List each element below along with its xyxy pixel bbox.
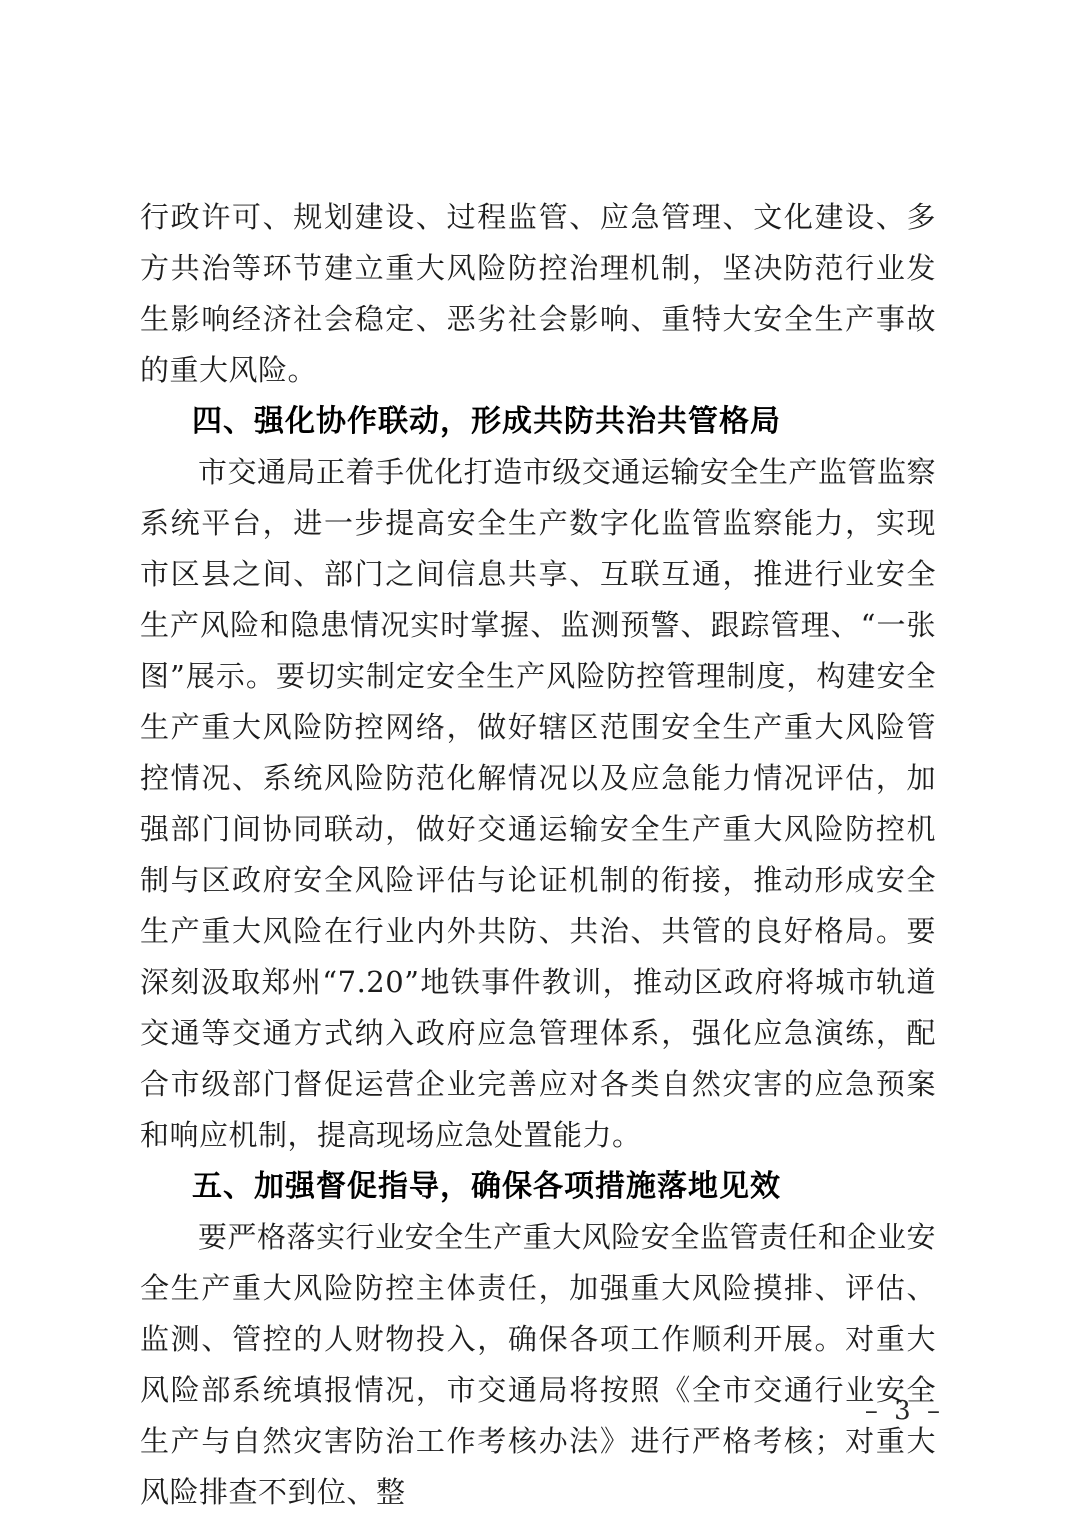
section-5-paragraph: 要严格落实行业安全生产重大风险安全监管责任和企业安全生产重大风险防控主体责任，加… — [140, 1212, 936, 1518]
section-4-paragraph: 市交通局正着手优化打造市级交通运输安全生产监管监察系统平台，进一步提高安全生产数… — [140, 447, 936, 1161]
document-page: 行政许可、规划建设、过程监管、应急管理、文化建设、多方共治等环节建立重大风险防控… — [0, 0, 1074, 1520]
paragraph-continuation: 行政许可、规划建设、过程监管、应急管理、文化建设、多方共治等环节建立重大风险防控… — [140, 192, 936, 396]
page-number: – 3 – — [865, 1396, 944, 1426]
document-body: 行政许可、规划建设、过程监管、应急管理、文化建设、多方共治等环节建立重大风险防控… — [140, 192, 936, 1518]
section-heading-4: 四、强化协作联动，形成共防共治共管格局 — [140, 396, 936, 447]
section-heading-5: 五、加强督促指导，确保各项措施落地见效 — [140, 1161, 936, 1212]
